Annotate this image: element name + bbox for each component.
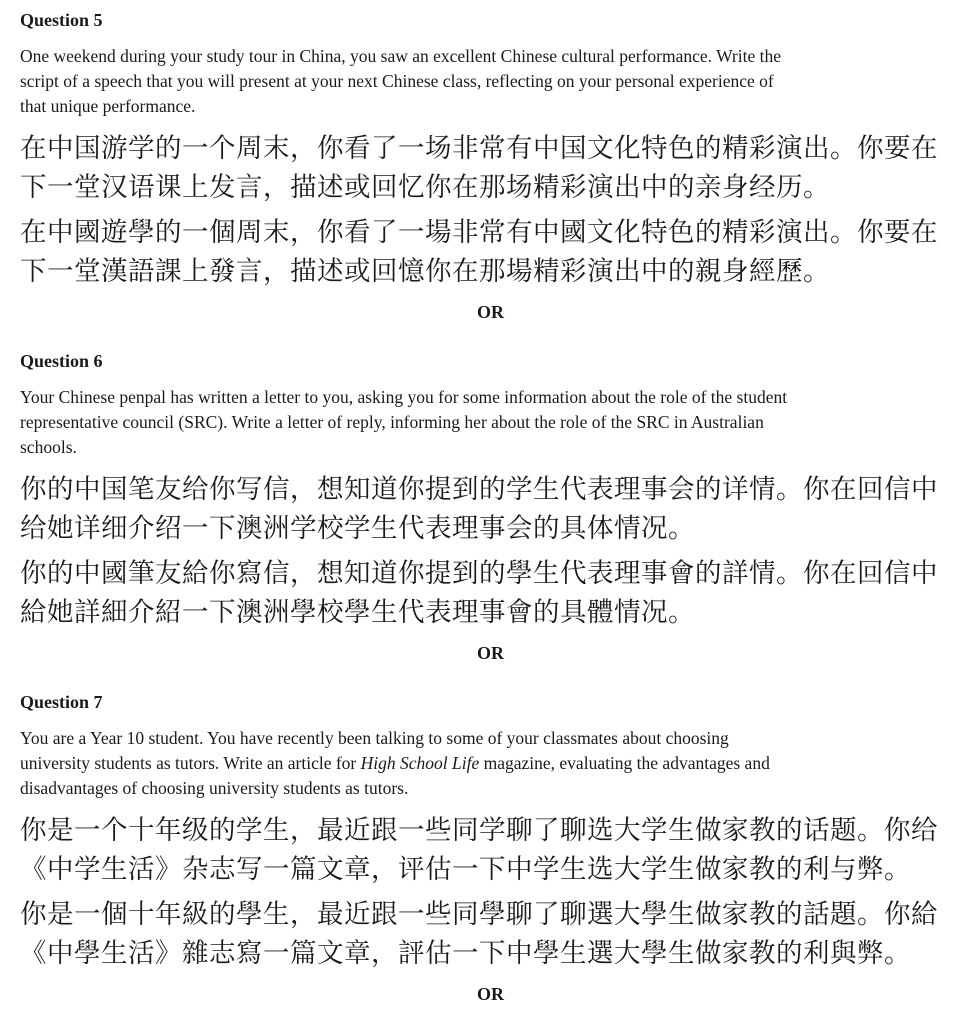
question-5-block: Question 5 One weekend during your study… bbox=[20, 8, 961, 291]
question-6-traditional-line-1: 你的中國筆友給你寫信，想知道你提到的學生代表理事會的詳情。你在回信中 bbox=[20, 558, 938, 588]
question-5-simplified-line-1: 在中国游学的一个周末，你看了一场非常有中国文化特色的精彩演出。你要在 bbox=[20, 133, 938, 163]
question-6-simplified-chinese: 你的中国笔友给你写信，想知道你提到的学生代表理事会的详情。你在回信中 给她详细介… bbox=[20, 470, 961, 548]
or-separator-3: OR bbox=[20, 983, 961, 1005]
question-5-traditional-line-1: 在中國遊學的一個周末，你看了一場非常有中國文化特色的精彩演出。你要在 bbox=[20, 217, 938, 247]
question-7-magazine-title: High School Life bbox=[361, 753, 480, 773]
question-7-simplified-line-1: 你是一个十年级的学生，最近跟一些同学聊了聊选大学生做家教的话题。你给 bbox=[20, 815, 938, 845]
question-7-english-line-2-pre: university students as tutors. Write an … bbox=[20, 753, 361, 773]
question-6-simplified-line-2: 给她详细介绍一下澳洲学校学生代表理事会的具体情况。 bbox=[20, 513, 695, 543]
question-6-english-line-2: representative council (SRC). Write a le… bbox=[20, 412, 764, 432]
question-7-english: You are a Year 10 student. You have rece… bbox=[20, 726, 961, 801]
question-7-traditional-line-1: 你是一個十年級的學生，最近跟一些同學聊了聊選大學生做家教的話題。你給 bbox=[20, 899, 938, 929]
exam-paper-page: Question 5 One weekend during your study… bbox=[0, 0, 979, 1024]
question-6-english-line-1: Your Chinese penpal has written a letter… bbox=[20, 387, 787, 407]
question-5-traditional-chinese: 在中國遊學的一個周末，你看了一場非常有中國文化特色的精彩演出。你要在 下一堂漢語… bbox=[20, 213, 961, 291]
question-5-english-line-2: script of a speech that you will present… bbox=[20, 71, 774, 91]
question-7-simplified-line-2: 《中学生活》杂志写一篇文章，评估一下中学生选大学生做家教的利与弊。 bbox=[20, 854, 911, 884]
question-5-english-line-1: One weekend during your study tour in Ch… bbox=[20, 46, 781, 66]
question-6-english: Your Chinese penpal has written a letter… bbox=[20, 385, 961, 460]
question-7-english-line-1: You are a Year 10 student. You have rece… bbox=[20, 728, 729, 748]
or-separator-1: OR bbox=[20, 301, 961, 323]
question-5-traditional-line-2: 下一堂漢語課上發言，描述或回憶你在那場精彩演出中的親身經歷。 bbox=[20, 256, 830, 286]
question-6-simplified-line-1: 你的中国笔友给你写信，想知道你提到的学生代表理事会的详情。你在回信中 bbox=[20, 474, 938, 504]
question-6-traditional-chinese: 你的中國筆友給你寫信，想知道你提到的學生代表理事會的詳情。你在回信中 給她詳細介… bbox=[20, 554, 961, 632]
question-5-simplified-line-2: 下一堂汉语课上发言，描述或回忆你在那场精彩演出中的亲身经历。 bbox=[20, 172, 830, 202]
question-5-heading: Question 5 bbox=[20, 8, 961, 32]
question-7-traditional-chinese: 你是一個十年級的學生，最近跟一些同學聊了聊選大學生做家教的話題。你給 《中學生活… bbox=[20, 895, 961, 973]
question-6-english-line-3: schools. bbox=[20, 437, 77, 457]
question-7-block: Question 7 You are a Year 10 student. Yo… bbox=[20, 690, 961, 973]
question-6-block: Question 6 Your Chinese penpal has writt… bbox=[20, 349, 961, 632]
question-6-traditional-line-2: 給她詳細介紹一下澳洲學校學生代表理事會的具體情况。 bbox=[20, 597, 695, 627]
question-7-english-line-3: disadvantages of choosing university stu… bbox=[20, 778, 408, 798]
question-7-heading: Question 7 bbox=[20, 690, 961, 714]
question-5-simplified-chinese: 在中国游学的一个周末，你看了一场非常有中国文化特色的精彩演出。你要在 下一堂汉语… bbox=[20, 129, 961, 207]
question-7-traditional-line-2: 《中學生活》雜志寫一篇文章，評估一下中學生選大學生做家教的利與弊。 bbox=[20, 938, 911, 968]
question-6-heading: Question 6 bbox=[20, 349, 961, 373]
question-5-english: One weekend during your study tour in Ch… bbox=[20, 44, 961, 119]
question-5-english-line-3: that unique performance. bbox=[20, 96, 195, 116]
or-separator-2: OR bbox=[20, 642, 961, 664]
question-7-english-line-2-post: magazine, evaluating the advantages and bbox=[479, 753, 770, 773]
question-7-simplified-chinese: 你是一个十年级的学生，最近跟一些同学聊了聊选大学生做家教的话题。你给 《中学生活… bbox=[20, 811, 961, 889]
